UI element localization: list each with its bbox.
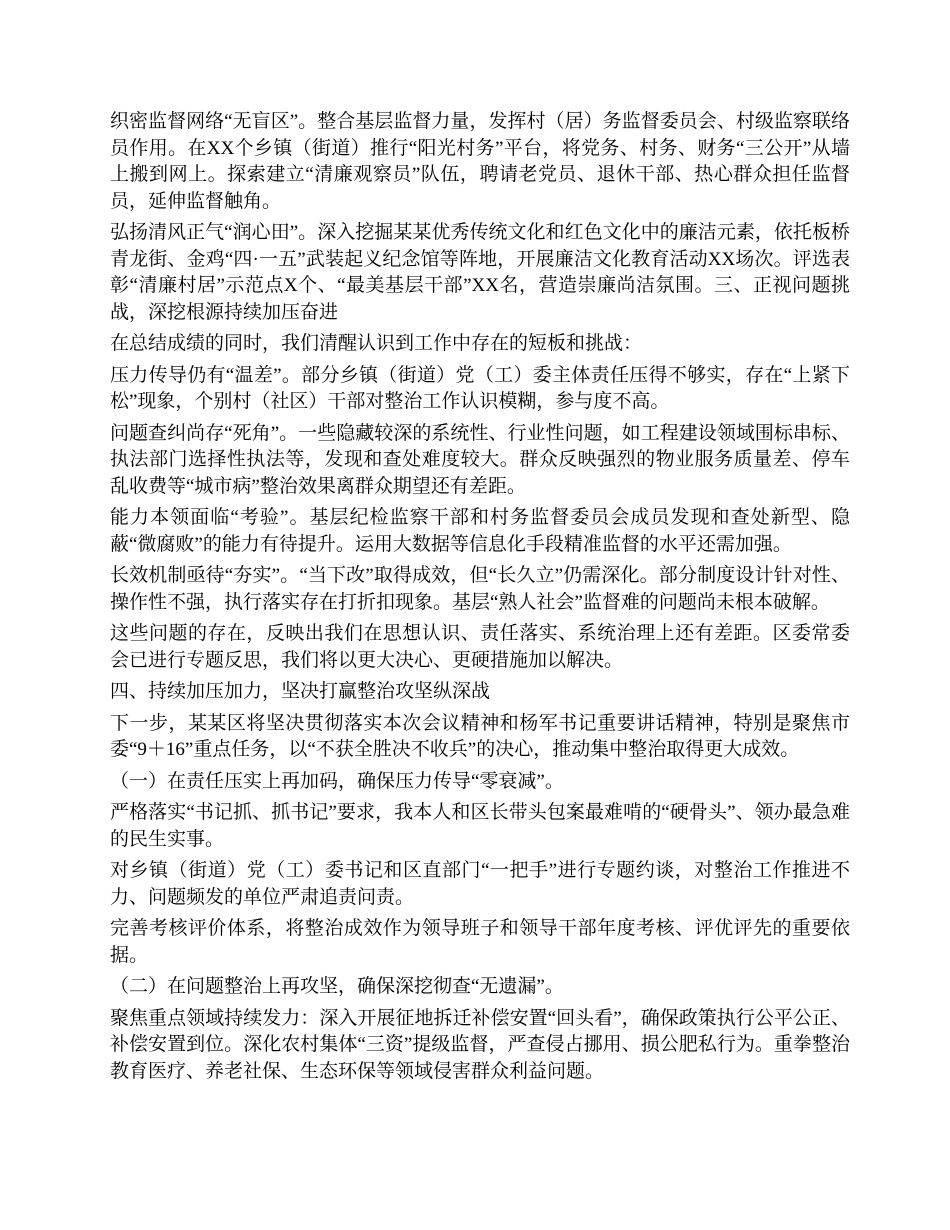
paragraph-subsection-one-heading: （一）在责任压实上再加码，确保压力传导“零衰减”。: [110, 769, 850, 796]
paragraph-next-steps: 下一步，某某区将坚决贯彻落实本次会议精神和杨军书记重要讲话精神，特别是聚焦市委“…: [110, 711, 850, 764]
paragraph-shortcomings-intro: 在总结成绩的同时，我们清醒认识到工作中存在的短板和挑战：: [110, 331, 850, 358]
document-text-block: 织密监督网络“无盲区”。整合基层监督力量，发挥村（居）务监督委员会、村级监察联络…: [110, 109, 850, 1085]
paragraph-special-talks-accountability: 对乡镇（街道）党（工）委书记和区直部门“一把手”进行专题约谈，对整治工作推进不力…: [110, 858, 850, 911]
paragraph-reflection-resolution: 这些问题的存在，反映出我们在思想认识、责任落实、系统治理上还有差距。区委常委会已…: [110, 621, 850, 674]
paragraph-key-areas-focus: 聚焦重点领域持续发力：深入开展征地拆迁补偿安置“回头看”，确保政策执行公平公正、…: [110, 1006, 850, 1086]
paragraph-assessment-system: 完善考核评价体系，将整治成效作为领导班子和领导干部年度考核、评优评先的重要依据。: [110, 916, 850, 969]
paragraph-capability-test: 能力本领面临“考验”。基层纪检监察干部和村务监督委员会成员发现和查处新型、隐蔽“…: [110, 505, 850, 558]
paragraph-section-four-heading: 四、持续加压加力，坚决打赢整治攻坚纵深战: [110, 679, 850, 706]
paragraph-pressure-transmission: 压力传导仍有“温差”。部分乡镇（街道）党（工）委主体责任压得不够实，存在“上紧下…: [110, 363, 850, 416]
paragraph-integrity-culture: 弘扬清风正气“润心田”。深入挖掘某某优秀传统文化和红色文化中的廉洁元素，依托板桥…: [110, 220, 850, 326]
document-page: 织密监督网络“无盲区”。整合基层监督力量，发挥村（居）务监督委员会、村级监察联络…: [0, 0, 950, 1230]
paragraph-subsection-two-heading: （二）在问题整治上再攻坚，确保深挖彻查“无遗漏”。: [110, 974, 850, 1001]
paragraph-grassroots-supervision-network: 织密监督网络“无盲区”。整合基层监督力量，发挥村（居）务监督委员会、村级监察联络…: [110, 109, 850, 215]
paragraph-long-term-mechanism: 长效机制亟待“夯实”。“当下改”取得成效，但“长久立”仍需深化。部分制度设计针对…: [110, 563, 850, 616]
paragraph-secretary-leads: 严格落实“书记抓、抓书记”要求，我本人和区长带头包案最难啃的“硬骨头”、领办最急…: [110, 800, 850, 853]
paragraph-problem-blind-spots: 问题查纠尚存“死角”。一些隐藏较深的系统性、行业性问题，如工程建设领域围标串标、…: [110, 421, 850, 501]
